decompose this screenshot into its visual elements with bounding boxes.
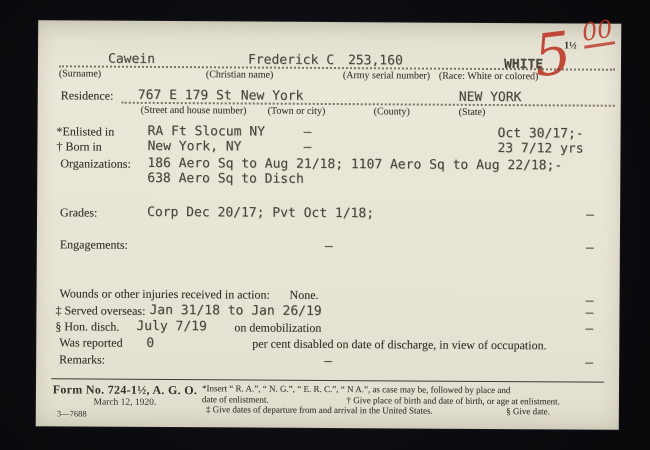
discharge-date-value: July 7/19: [136, 319, 207, 334]
footer-note-3b: § Give date.: [506, 406, 550, 417]
christian-name-value: Frederick C: [248, 53, 334, 69]
overseas-label: ‡ Served overseas:: [55, 303, 145, 319]
form-number: Form No. 724-1½, A. G. O.: [50, 382, 200, 398]
organizations-value-line2: 638 Aero Sq to Disch: [147, 171, 304, 187]
service-record-card: 1½ 5 00 Cawein Frederick C 253,160 WHITE…: [36, 20, 621, 430]
county-label: (County): [374, 106, 410, 117]
born-mid-dash: —: [303, 140, 311, 155]
footer-notes-block: *Insert “ R. A.”, “ N. G.”, “ E. R. C.”,…: [202, 383, 560, 417]
race-value: WHITE: [504, 57, 543, 72]
engagements-label: Engagements:: [60, 237, 128, 252]
disabled-label: Was reported: [59, 335, 122, 350]
grades-label: Grades:: [60, 205, 97, 220]
footer-note-3: ‡ Give dates of departure from and arriv…: [206, 404, 550, 417]
engagements-right-dash: —: [586, 241, 594, 256]
overseas-right-dash: —: [585, 306, 593, 321]
race-label: (Race: White or colored): [439, 71, 539, 83]
footer-note-2a: date of enlistment.: [202, 394, 269, 405]
state-value: NEW YORK: [459, 90, 522, 105]
surname-value: Cawein: [108, 52, 155, 67]
enlisted-value: RA Ft Slocum NY: [148, 124, 265, 140]
organizations-label: Organizations:: [60, 156, 131, 171]
footer-form-block: Form No. 724-1½, A. G. O. March 12, 1920…: [50, 382, 200, 419]
town-label: (Town or city): [268, 106, 326, 117]
residence-label: Residence:: [61, 88, 114, 103]
born-value: New York, NY: [147, 139, 241, 155]
remarks-mid-dash: —: [324, 354, 332, 369]
discharge-right-dash: —: [585, 322, 593, 337]
state-label: (State): [459, 107, 486, 118]
grades-right-dash: —: [586, 208, 594, 223]
wounds-label: Wounds or other injuries received in act…: [60, 286, 270, 302]
surname-label: (Surname): [59, 68, 101, 79]
christian-name-label: (Christian name): [206, 69, 274, 80]
street-label: (Street and house number): [141, 105, 247, 117]
disabled-percent-value: 0: [146, 336, 154, 351]
discharge-reason-label: on demobilization: [234, 320, 321, 336]
age-value: 23 7/12 yrs: [497, 141, 583, 157]
army-serial-label: (Army serial number): [343, 70, 430, 82]
engagements-mid-dash: —: [325, 239, 333, 254]
enlisted-date-value: Oct 30/17;-: [498, 126, 584, 142]
born-label: † Born in: [56, 139, 101, 154]
enlisted-mid-dash: —: [304, 125, 312, 140]
town-value: New York: [241, 88, 304, 103]
scan-background: 1½ 5 00 Cawein Frederick C 253,160 WHITE…: [0, 0, 650, 450]
remarks-label: Remarks:: [59, 352, 105, 367]
overseas-value: Jan 31/18 to Jan 26/19: [149, 303, 321, 319]
footer-note-3a: ‡ Give dates of departure from and arriv…: [206, 404, 433, 416]
discharge-label: § Hon. disch.: [55, 319, 119, 334]
grades-value: Corp Dec 20/17; Pvt Oct 1/18;: [147, 205, 374, 221]
disabled-suffix-label: per cent disabled on date of discharge, …: [252, 337, 546, 354]
red-price-cents: 00: [580, 16, 615, 49]
wounds-value: None.: [290, 288, 319, 303]
remarks-right-dash: —: [585, 356, 593, 371]
street-value: 767 E 179 St: [138, 88, 232, 104]
form-date: March 12, 1920.: [50, 397, 200, 408]
army-serial-value: 253,160: [348, 53, 403, 68]
print-code: 3—7688: [50, 408, 200, 419]
enlisted-label: *Enlisted in: [57, 124, 115, 139]
